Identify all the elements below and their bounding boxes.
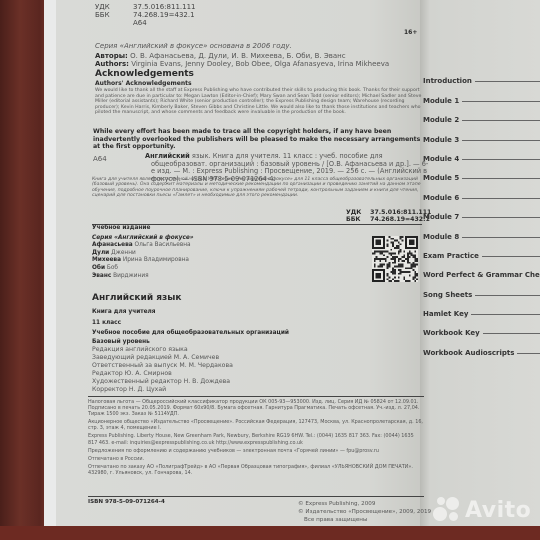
colophon: Учебное издание Серия «Английский в фоку… xyxy=(92,225,194,280)
author-surname: Эванс xyxy=(92,273,111,279)
toc-item: Exam Practice xyxy=(423,241,540,260)
acknowledgements-subtitle: Authors' Acknowledgements xyxy=(95,80,192,87)
bbk-value: 74.268.19=432.1 xyxy=(370,216,430,223)
divider xyxy=(88,496,424,497)
toc-label: Module 2 xyxy=(423,116,459,124)
author-entry: Афанасьева Ольга Васильевна xyxy=(92,242,194,250)
author-surname: Афанасьева xyxy=(92,242,133,248)
book-title: Английский язык xyxy=(92,293,182,303)
toc-label: Module 4 xyxy=(423,155,459,163)
authors-block: Авторы: О. В. Афанасьева, Д. Дули, И. В.… xyxy=(95,52,389,68)
imprint-paragraph: Отпечатано в России. xyxy=(88,456,424,462)
toc-label: Module 6 xyxy=(423,194,459,202)
toc-label: Word Perfect & Grammar Check xyxy=(423,271,540,279)
toc-item: Module 6 xyxy=(423,182,540,201)
author-entry: Эванс Вирджиния xyxy=(92,273,194,281)
author-names: Вирджиния xyxy=(111,273,148,279)
author-mark: А64 xyxy=(133,19,147,27)
rights-line: © Express Publishing, 2009 xyxy=(298,501,431,509)
acknowledgements-title: Acknowledgements xyxy=(95,69,194,79)
grade: 11 класс xyxy=(92,318,289,329)
table-bottom xyxy=(0,526,540,540)
bbk-label: ББК xyxy=(95,11,117,19)
author-entry: Михеева Ирина Владимировна xyxy=(92,257,194,265)
author-names: Ольга Васильевна xyxy=(133,242,191,248)
toc-item: Module 5 xyxy=(423,163,540,182)
level: Базовый уровень xyxy=(92,339,150,345)
qr-code[interactable] xyxy=(372,236,418,282)
author-entry: Оби Боб xyxy=(92,265,194,273)
table-of-contents: IntroductionModule 1Module 2Module 3Modu… xyxy=(423,66,540,357)
toc-item: Song Sheets xyxy=(423,279,540,298)
author-names: Ирина Владимировна xyxy=(121,257,189,263)
toc-leader xyxy=(462,101,540,102)
toc-leader xyxy=(471,314,540,315)
imprint-paragraph: Express Publishing. Liberty House, New G… xyxy=(88,433,424,445)
toc-label: Module 8 xyxy=(423,233,459,241)
authors-ru: О. В. Афанасьева, Д. Дули, И. В. Михеева… xyxy=(130,52,346,60)
qr-code-icon xyxy=(372,236,418,282)
author-entry: Дули Дженни xyxy=(92,250,194,258)
series-note: Серия «Английский в фокусе» основана в 2… xyxy=(95,42,292,50)
staff-line: Редактор Ю. А. Смирнов xyxy=(92,370,233,378)
toc-item: Introduction xyxy=(423,66,540,85)
imprint-paragraph: Предложения по оформлению и содержанию у… xyxy=(88,448,424,454)
toc-item: Module 4 xyxy=(423,144,540,163)
annotation: Книга для учителя является составной час… xyxy=(92,177,422,198)
authors-full: Афанасьева Ольга ВасильевнаДули ДженниМи… xyxy=(92,242,194,280)
acknowledgements-body: We would like to thank all the staff at … xyxy=(95,88,425,116)
toc-label: Hamlet Key xyxy=(423,310,468,318)
toc-item: Workbook Audioscripts xyxy=(423,337,540,356)
toc-item: Module 3 xyxy=(423,124,540,143)
rights-line: Все права защищены xyxy=(298,517,431,525)
authors-en: Virginia Evans, Jenny Dooley, Bob Obee, … xyxy=(131,60,389,68)
copyright-note: While every effort has been made to trac… xyxy=(93,128,423,151)
toc-leader xyxy=(517,353,540,354)
editorial-staff: Редакция английского языкаЗаведующий ред… xyxy=(92,346,233,393)
spacer xyxy=(95,19,117,27)
edition-type: Учебное издание xyxy=(92,225,194,233)
toc-leader xyxy=(482,256,540,257)
authors-en-label: Authors: xyxy=(95,60,129,68)
bbk-label: ББК xyxy=(346,216,368,223)
avito-watermark: Avito xyxy=(433,497,531,523)
toc-label: Introduction xyxy=(423,77,472,85)
book-details: Книга для учителя 11 класс Учебное пособ… xyxy=(92,307,289,339)
toc-item: Module 7 xyxy=(423,202,540,221)
toc-leader xyxy=(462,237,540,238)
staff-line: Ответственный за выпуск М. М. Чердакова xyxy=(92,362,233,370)
rights: © Express Publishing, 2009© Издательство… xyxy=(298,501,431,524)
staff-line: Корректор Н. Д. Цухай xyxy=(92,386,233,394)
avito-wordmark: Avito xyxy=(465,498,531,523)
bbk-value: 74.268.19=432.1 xyxy=(133,11,195,19)
toc-leader xyxy=(462,217,540,218)
udk-block-repeat: УДК 37.5.016:811.111 ББК 74.268.19=432.1 xyxy=(346,209,431,224)
staff-line: Художественный редактор Н. В. Дождева xyxy=(92,378,233,386)
avito-logo-icon xyxy=(433,497,461,523)
author-names: Дженни xyxy=(109,250,136,256)
toc-label: Exam Practice xyxy=(423,252,479,260)
udk-block: УДК37.5.016:811.111 ББК74.268.19=432.1 А… xyxy=(95,3,195,27)
toc-item: Module 8 xyxy=(423,221,540,240)
toc-item: Module 2 xyxy=(423,105,540,124)
toc-item: Word Perfect & Grammar Check xyxy=(423,260,540,279)
toc-leader xyxy=(475,81,540,82)
toc-item: Module 1 xyxy=(423,85,540,104)
imprint-paragraph: Акционерное общество «Издательство «Прос… xyxy=(88,419,424,431)
toc-label: Module 7 xyxy=(423,213,459,221)
toc-item: Workbook Key xyxy=(423,318,540,337)
isbn: ISBN 978-5-09-071264-4 xyxy=(88,499,165,505)
author-surname: Дули xyxy=(92,250,109,256)
toc-leader xyxy=(462,198,540,199)
toc-leader xyxy=(462,120,540,121)
toc-leader xyxy=(462,140,540,141)
toc-label: Workbook Audioscripts xyxy=(423,349,514,357)
udk-value: 37.5.016:811.111 xyxy=(133,3,195,11)
divider xyxy=(88,396,424,397)
age-rating: 16+ xyxy=(404,29,417,36)
rights-line: © Издательство «Просвещение», 2009, 2019 xyxy=(298,509,431,517)
toc-label: Module 3 xyxy=(423,136,459,144)
book-purpose: Учебное пособие для общеобразовательных … xyxy=(92,328,289,339)
toc-leader xyxy=(462,178,540,179)
author-surname: Михеева xyxy=(92,257,121,263)
toc-label: Module 1 xyxy=(423,97,459,105)
toc-leader xyxy=(483,333,540,334)
book-type: Книга для учителя xyxy=(92,307,289,318)
toc-item: Hamlet Key xyxy=(423,299,540,318)
toc-label: Song Sheets xyxy=(423,291,472,299)
toc-leader xyxy=(475,295,540,296)
imprint: Налоговая льгота — Общероссийский класси… xyxy=(88,399,424,478)
udk-label: УДК xyxy=(95,3,117,11)
staff-line: Заведующий редакцией М. А. Семичев xyxy=(92,354,233,362)
toc-label: Module 5 xyxy=(423,174,459,182)
udk-label: УДК xyxy=(346,209,368,216)
imprint-paragraph: Налоговая льгота — Общероссийский класси… xyxy=(88,399,424,417)
staff-line: Редакция английского языка xyxy=(92,346,233,354)
toc-leader xyxy=(462,159,540,160)
author-surname: Оби xyxy=(92,265,105,271)
toc-label: Workbook Key xyxy=(423,329,480,337)
authors-ru-label: Авторы: xyxy=(95,52,128,60)
author-names: Боб xyxy=(105,265,118,271)
biblio-code: А64 xyxy=(93,155,107,163)
imprint-paragraph: Отпечатано по заказу АО «ПолиграфТрейд» … xyxy=(88,464,424,476)
